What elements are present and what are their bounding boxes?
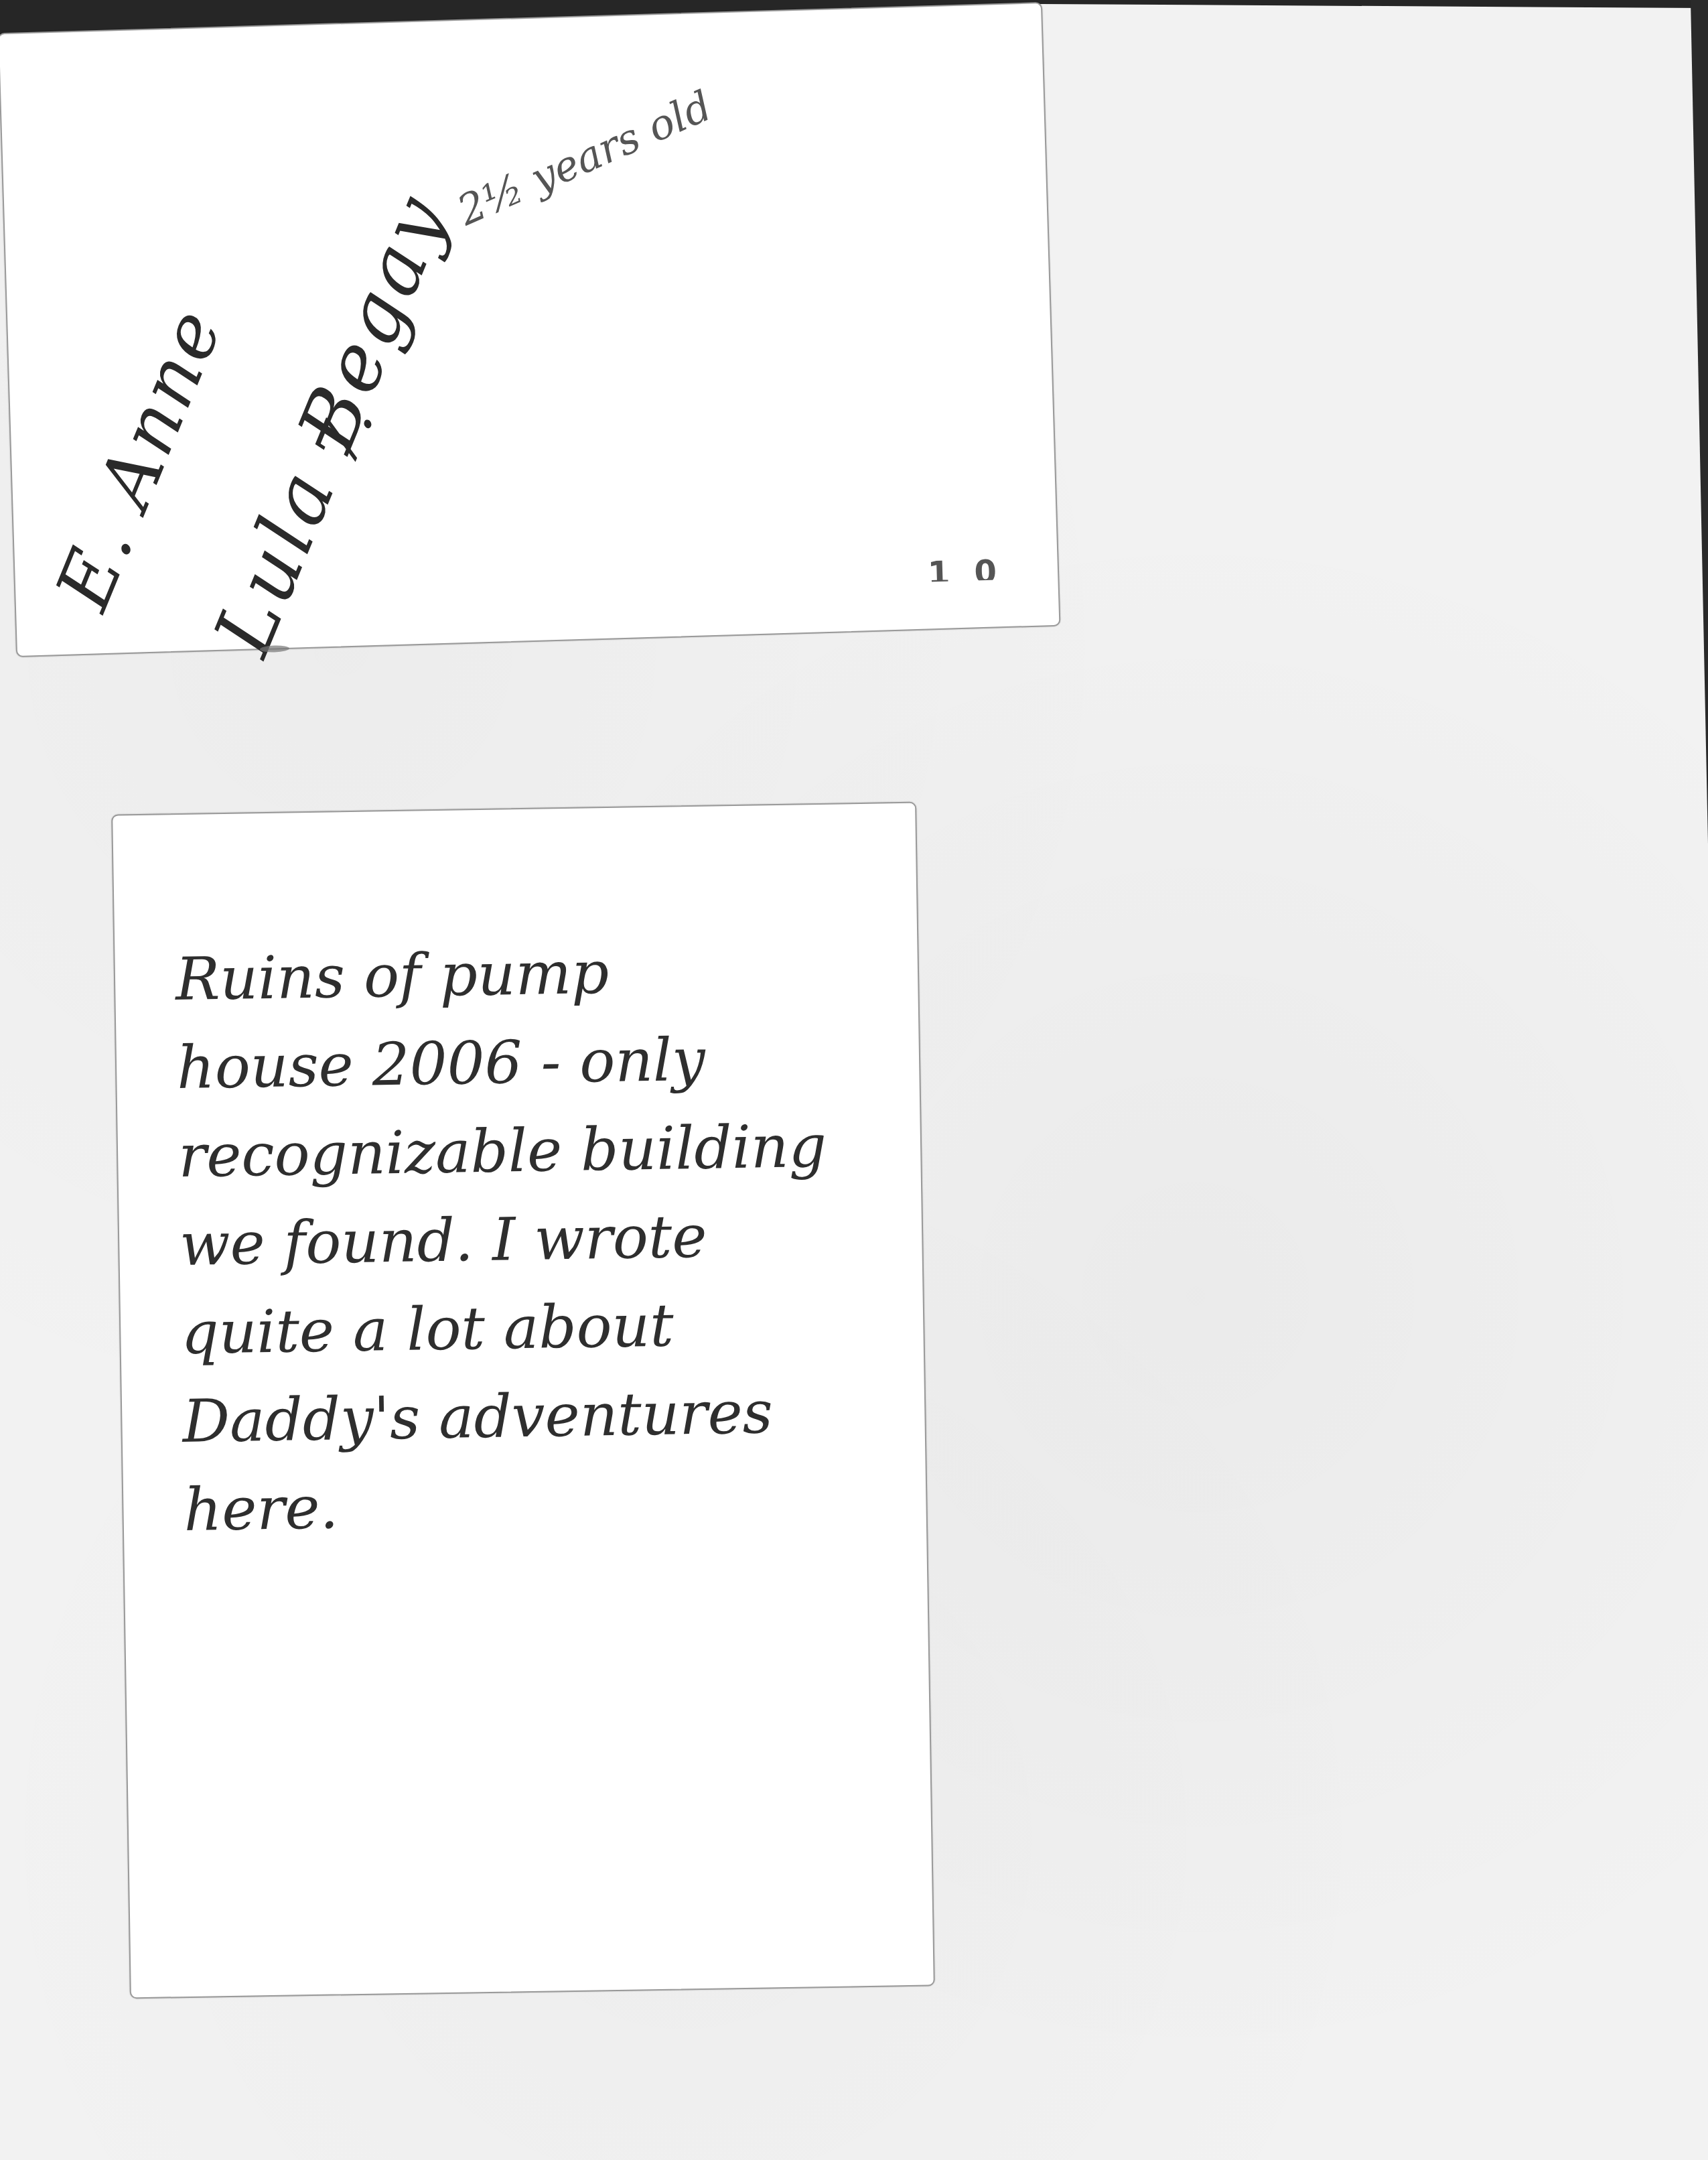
note-line: Ruins of pump: [175, 925, 873, 1024]
printed-stamp-number: 10: [927, 552, 1021, 582]
handwritten-name-e-anne: E. Anne: [40, 295, 240, 621]
photo-back-top: E. Anne Lula Begay 7. 2½ years old 10: [0, 2, 1060, 657]
note-line: we found. I wrote: [179, 1190, 877, 1289]
note-line: house 2006 - only: [176, 1013, 874, 1112]
note-line: recognizable building: [177, 1101, 875, 1201]
handwritten-note: Ruins of pump house 2006 - only recogniz…: [175, 925, 881, 1554]
handwritten-age-note: 2½ years old: [450, 81, 719, 235]
note-line: here.: [183, 1455, 881, 1554]
note-line: Daddy's adventures: [182, 1367, 879, 1466]
note-line: quite a lot about: [180, 1278, 878, 1377]
photo-back-bottom: Ruins of pump house 2006 - only recogniz…: [111, 802, 935, 1999]
